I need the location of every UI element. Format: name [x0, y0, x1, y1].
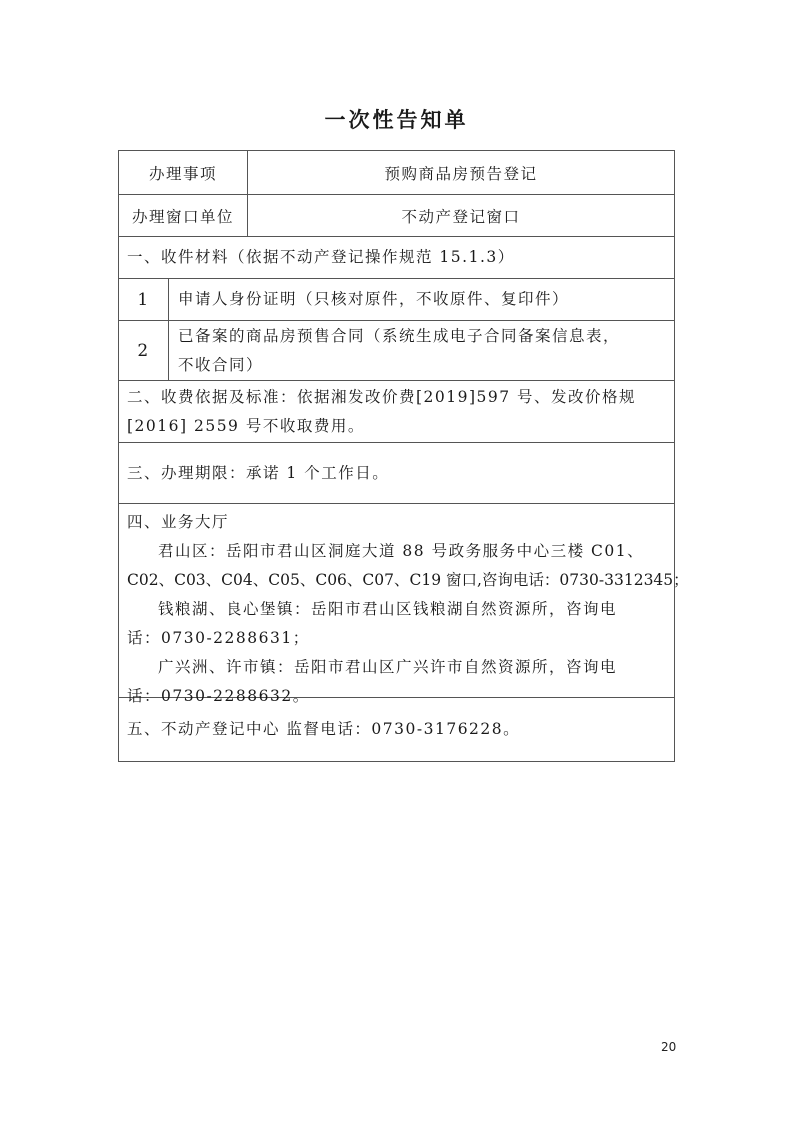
hall-line: C02、C03、C04、C05、C06、C07、C19 窗口,咨询电话：0730… [127, 566, 689, 595]
section5-text: 五、不动产登记中心 监督电话：0730-3176228。 [127, 715, 668, 744]
item-value: 预购商品房预告登记 [248, 151, 674, 194]
material-number: 2 [119, 321, 169, 380]
item-label: 办理事项 [119, 151, 248, 194]
row-section5: 五、不动产登记中心 监督电话：0730-3176228。 [119, 697, 674, 761]
section4-halls: 四、业务大厅 君山区：岳阳市君山区洞庭大道 88 号政务服务中心三楼 C01、 … [119, 504, 695, 697]
material-line: 已备案的商品房预售合同（系统生成电子合同备案信息表， [178, 322, 668, 351]
section5-supervision: 五、不动产登记中心 监督电话：0730-3176228。 [119, 698, 674, 761]
section2-line: 二、收费依据及标准：依据湘发改价费[2019]597 号、发改价格规 [127, 383, 668, 412]
row-item: 办理事项 预购商品房预告登记 [119, 151, 674, 194]
hall-line: 钱粮湖、良心堡镇：岳阳市君山区钱粮湖自然资源所，咨询电 [127, 595, 689, 624]
document-title: 一次性告知单 [0, 104, 793, 134]
hall-line: 广兴洲、许市镇：岳阳市君山区广兴许市自然资源所，咨询电 [127, 653, 689, 682]
material-number: 1 [119, 279, 169, 320]
page-number: 20 [661, 1040, 676, 1054]
material-line: 不收合同） [178, 351, 668, 380]
section1-heading: 一、收件材料（依据不动产登记操作规范 15.1.3） [119, 237, 674, 278]
row-window: 办理窗口单位 不动产登记窗口 [119, 194, 674, 236]
row-section2: 二、收费依据及标准：依据湘发改价费[2019]597 号、发改价格规 [2016… [119, 380, 674, 442]
section1-heading-text: 一、收件材料（依据不动产登记操作规范 15.1.3） [127, 243, 668, 272]
section3-deadline: 三、办理期限：承诺 1 个工作日。 [119, 443, 674, 503]
material-row: 2 已备案的商品房预售合同（系统生成电子合同备案信息表， 不收合同） [119, 320, 674, 380]
section3-text: 三、办理期限：承诺 1 个工作日。 [127, 459, 668, 488]
notice-table: 办理事项 预购商品房预告登记 办理窗口单位 不动产登记窗口 一、收件材料（依据不… [118, 150, 675, 762]
section4-heading: 四、业务大厅 [127, 508, 689, 537]
window-value: 不动产登记窗口 [248, 195, 674, 236]
material-row: 1 申请人身份证明（只核对原件，不收原件、复印件） [119, 278, 674, 320]
row-section3: 三、办理期限：承诺 1 个工作日。 [119, 442, 674, 503]
hall-line: 话：0730-2288631； [127, 624, 689, 653]
hall-line: 君山区：岳阳市君山区洞庭大道 88 号政务服务中心三楼 C01、 [127, 537, 689, 566]
row-section4: 四、业务大厅 君山区：岳阳市君山区洞庭大道 88 号政务服务中心三楼 C01、 … [119, 503, 674, 697]
material-text: 已备案的商品房预售合同（系统生成电子合同备案信息表， 不收合同） [169, 321, 674, 380]
material-line: 申请人身份证明（只核对原件，不收原件、复印件） [178, 285, 668, 314]
section2-fees: 二、收费依据及标准：依据湘发改价费[2019]597 号、发改价格规 [2016… [119, 381, 674, 442]
row-section1-heading: 一、收件材料（依据不动产登记操作规范 15.1.3） [119, 236, 674, 278]
section2-line: [2016] 2559 号不收取费用。 [127, 412, 668, 441]
material-text: 申请人身份证明（只核对原件，不收原件、复印件） [169, 279, 674, 320]
window-label: 办理窗口单位 [119, 195, 248, 236]
